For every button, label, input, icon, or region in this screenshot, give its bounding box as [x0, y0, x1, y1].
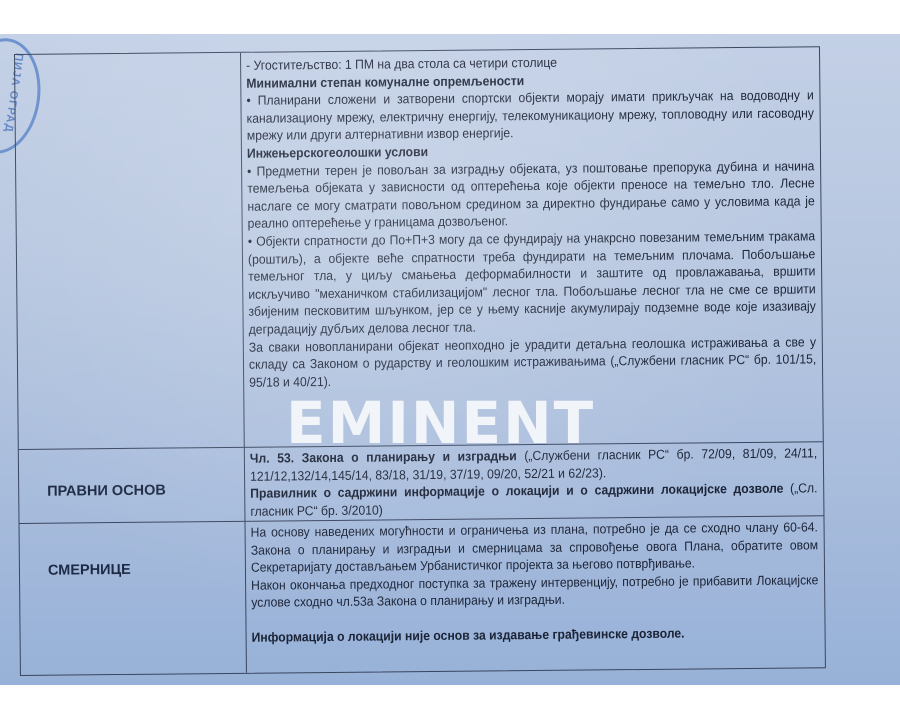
- paragraph: • Планирани сложени и затворени спортски…: [246, 87, 814, 145]
- guidelines-label: СМЕРНИЦЕ: [48, 562, 131, 579]
- bold-heading: Правилник о садржини информације о локац…: [250, 481, 783, 501]
- bold-heading: Инжењерскогеолошки услови: [247, 144, 428, 161]
- paragraph: Правилник о садржини информације о локац…: [250, 479, 818, 520]
- eminent-watermark: EMINENT: [286, 394, 595, 452]
- paragraph: За сваки новопланирани објекат неопходно…: [249, 333, 817, 391]
- conditions-cell: - Угоститељство: 1 ПМ на два стола са че…: [246, 51, 816, 391]
- paragraph: Након окончања предходног поступка за тр…: [251, 571, 819, 612]
- document-table-page: - Угоститељство: 1 ПМ на два стола са че…: [14, 46, 826, 676]
- paragraph: На основу наведених могућности и огранич…: [251, 518, 819, 576]
- paragraph: • Објекти спратности до По+П+3 могу да с…: [248, 227, 816, 338]
- legal-basis-label: ПРАВНИ ОСНОВ: [47, 483, 166, 500]
- bold-heading: Информација о локацији није основ за изд…: [252, 626, 685, 645]
- document-photo: ПИЈА ОГРАД - Угоститељство: 1 ПМ на два …: [0, 34, 900, 685]
- bold-heading: Минимални степан комуналне опремљености: [246, 73, 524, 91]
- guidelines-cell: На основу наведених могућности и огранич…: [251, 518, 819, 646]
- info-table: - Угоститељство: 1 ПМ на два стола са че…: [14, 46, 826, 676]
- paragraph: • Предметни терен је повољан за изградњу…: [247, 157, 815, 233]
